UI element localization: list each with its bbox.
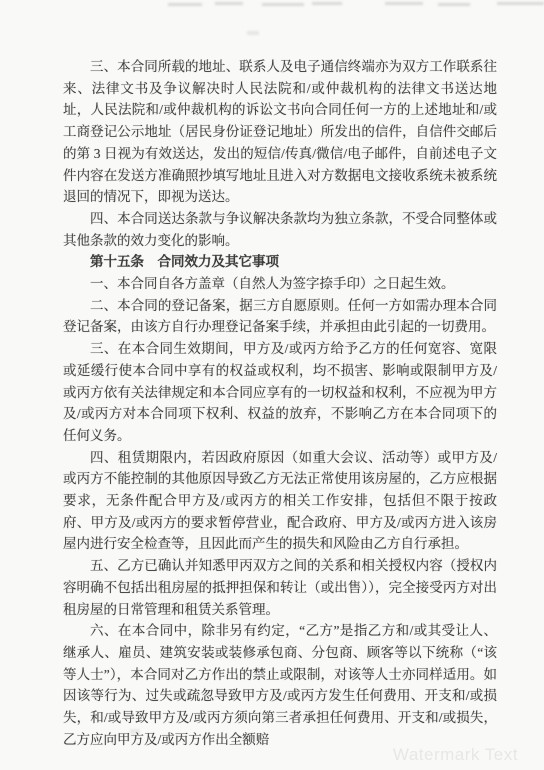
- scan-artifact: [497, 2, 544, 5]
- scan-artifact: [262, 3, 304, 6]
- scan-artifact: [312, 2, 342, 5]
- paragraph-registration-filing: 二、本合同的登记备案，据三方自愿原则。任何一方如需办理本合同登记备案，由该方自行…: [63, 295, 497, 338]
- scan-artifact: [247, 31, 259, 35]
- scan-artifact: [385, 2, 423, 5]
- contract-text-block: 三、本合同所载的地址、联系人及电子通信终端亦为双方工作联系往来、法律文书及争议解…: [63, 56, 497, 751]
- paragraph-authorization-ack: 五、乙方已确认并知悉甲丙双方之间的关系和相关授权内容（授权内容明确不包括出租房屋…: [63, 555, 497, 620]
- paragraph-party-b-definition: 六、在本合同中，除非另有约定，“乙方”是指乙方和/或其受让人、继承人、雇员、建筑…: [63, 620, 497, 750]
- paragraph-effective-date: 一、本合同自各方盖章（自然人为签字捺手印）之日起生效。: [63, 273, 497, 295]
- contract-page: 三、本合同所载的地址、联系人及电子通信终端亦为双方工作联系往来、法律文书及争议解…: [0, 0, 544, 770]
- section-heading-article-15: 第十五条 合同效力及其它事项: [63, 251, 497, 273]
- paragraph-tolerance-rights: 三、在本合同生效期间，甲方及/或丙方给予乙方的任何宽容、宽限或延缓行使本合同中享…: [63, 338, 497, 447]
- paragraph-send-address: 三、本合同所载的地址、联系人及电子通信终端亦为双方工作联系往来、法律文书及争议解…: [63, 56, 497, 208]
- watermark-text: Watermark Text: [393, 745, 518, 765]
- scan-artifact: [215, 2, 243, 5]
- paragraph-government-cause: 四、租赁期限内，若因政府原因（如重大会议、活动等）或甲方及/或丙方不能控制的其他…: [63, 447, 497, 556]
- paragraph-independent-clause: 四、本合同送达条款与争议解决条款均为独立条款，不受合同整体或其他条款的效力变化的…: [63, 208, 497, 251]
- scan-artifact: [168, 3, 202, 6]
- scan-artifact: [438, 3, 470, 6]
